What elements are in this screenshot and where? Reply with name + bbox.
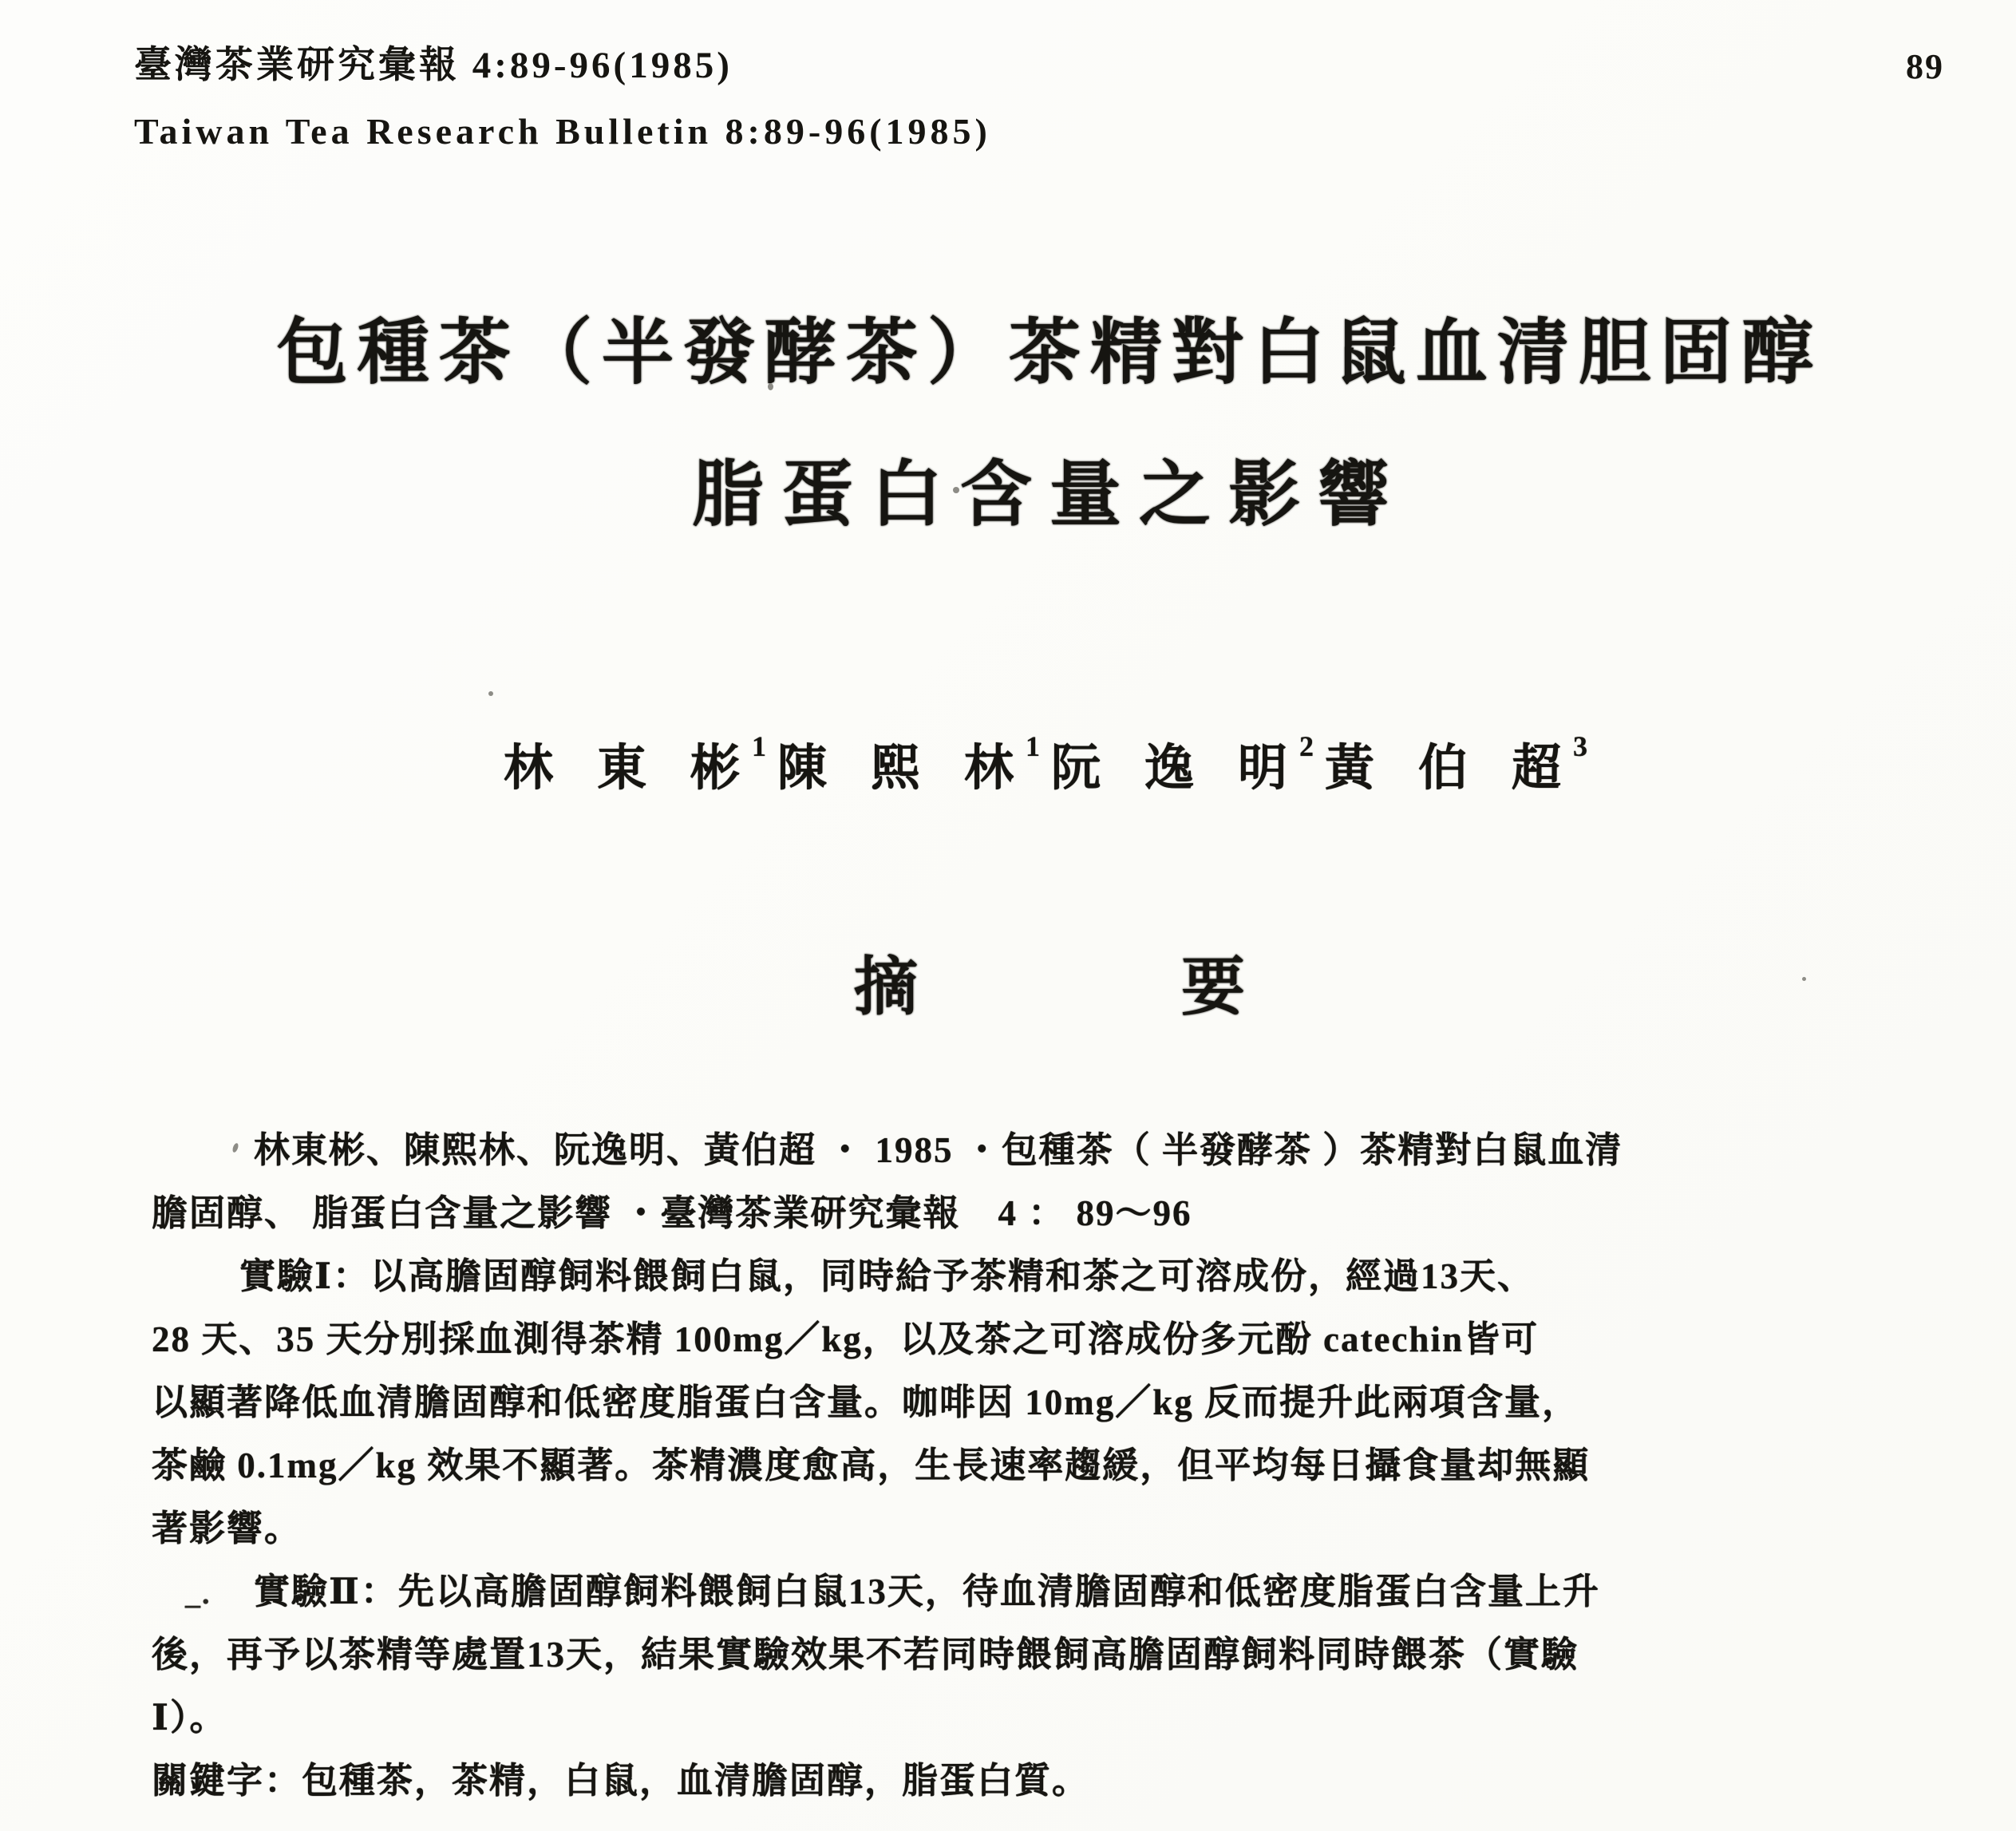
abstract-text: 實驗Ⅱ：先以高膽固醇飼料餵飼白鼠13天，待血清膽固醇和低密度脂蛋白含量上升 bbox=[254, 1572, 1600, 1612]
scan-speck bbox=[488, 691, 493, 696]
scan-speck bbox=[768, 383, 773, 390]
abstract-citation-line: 林東彬、陳熙林、阮逸明、黃伯超 ・ 1985 ・包種茶（ 半發酵茶 ）茶精對白鼠… bbox=[152, 1119, 1987, 1182]
abstract-citation-line: 膽固醇、 脂蛋白含量之影響 ・臺灣茶業研究彙報 4 ： 89～96 bbox=[152, 1182, 1987, 1245]
abstract-text-line: 後，再予以茶精等處置13天，結果實驗效果不若同時餵飼高膽固醇飼料同時餵茶（實驗 bbox=[152, 1623, 1987, 1687]
scan-speck bbox=[1802, 977, 1806, 981]
keywords-line: 關鍵字：包種茶，茶精，白鼠，血清膽固醇，脂蛋白質。 bbox=[152, 1750, 1987, 1813]
abstract-heading: 摘要 bbox=[136, 935, 1963, 1027]
author-name: 黃伯超3 bbox=[1325, 741, 1595, 796]
page-number: 89 bbox=[1906, 46, 1944, 87]
authors-line: 林東彬1 陳熙林1 阮逸明2 黃伯超3 bbox=[136, 728, 1963, 799]
abstract-body: 林東彬、陳熙林、阮逸明、黃伯超 ・ 1985 ・包種茶（ 半發酵茶 ）茶精對白鼠… bbox=[152, 1119, 1987, 1813]
author-name: 林東彬1 bbox=[504, 741, 774, 796]
abstract-text-line: 實驗Ⅰ：以高膽固醇飼料餵飼白鼠，同時給予茶精和茶之可溶成份，經過13天、 bbox=[152, 1245, 1987, 1308]
journal-title-en: Taiwan Tea Research Bulletin 8:89-96(198… bbox=[134, 110, 991, 152]
abstract-text-line: 著影響。 bbox=[152, 1497, 1987, 1560]
paper-title-line2: 脂蛋白含量之影響 bbox=[136, 436, 1963, 540]
author-name: 阮逸明2 bbox=[1051, 741, 1322, 796]
abstract-text-line: 28 天、35 天分別採血測得茶精 100mg／kg，以及茶之可溶成份多元酚 c… bbox=[152, 1308, 1987, 1371]
abstract-text-line: 以顯著降低血清膽固醇和低密度脂蛋白含量。咖啡因 10mg／kg 反而提升此兩項含… bbox=[152, 1371, 1987, 1434]
author-affiliation-superscript: 1 bbox=[752, 730, 766, 762]
paper-title-line1: 包種茶（半發酵茶）茶精對白鼠血清胆固醇 bbox=[136, 294, 1963, 397]
scanned-paper-page: 臺灣茶業研究彙報 4:89-96(1985) Taiwan Tea Resear… bbox=[0, 0, 2016, 1831]
journal-title-zh: 臺灣茶業研究彙報 4:89-96(1985) bbox=[134, 35, 733, 89]
abstract-heading-char: 摘 bbox=[854, 953, 918, 1023]
paper-title: 包種茶（半發酵茶）茶精對白鼠血清胆固醇 脂蛋白含量之影響 bbox=[136, 294, 1963, 540]
abstract-text-line: _.實驗Ⅱ：先以高膽固醇飼料餵飼白鼠13天，待血清膽固醇和低密度脂蛋白含量上升 bbox=[152, 1560, 1987, 1623]
author-affiliation-superscript: 3 bbox=[1573, 730, 1587, 762]
abstract-text-line: 茶鹼 0.1mg／kg 效果不顯著。茶精濃度愈高，生長速率趨緩，但平均每日攝食量… bbox=[152, 1434, 1987, 1497]
scan-speck bbox=[953, 487, 959, 493]
abstract-heading-char: 要 bbox=[1181, 953, 1245, 1023]
author-affiliation-superscript: 1 bbox=[1026, 730, 1040, 762]
author-affiliation-superscript: 2 bbox=[1299, 730, 1314, 762]
abstract-text-line: Ⅰ）。 bbox=[152, 1687, 1987, 1750]
author-name: 陳熙林1 bbox=[777, 741, 1048, 796]
